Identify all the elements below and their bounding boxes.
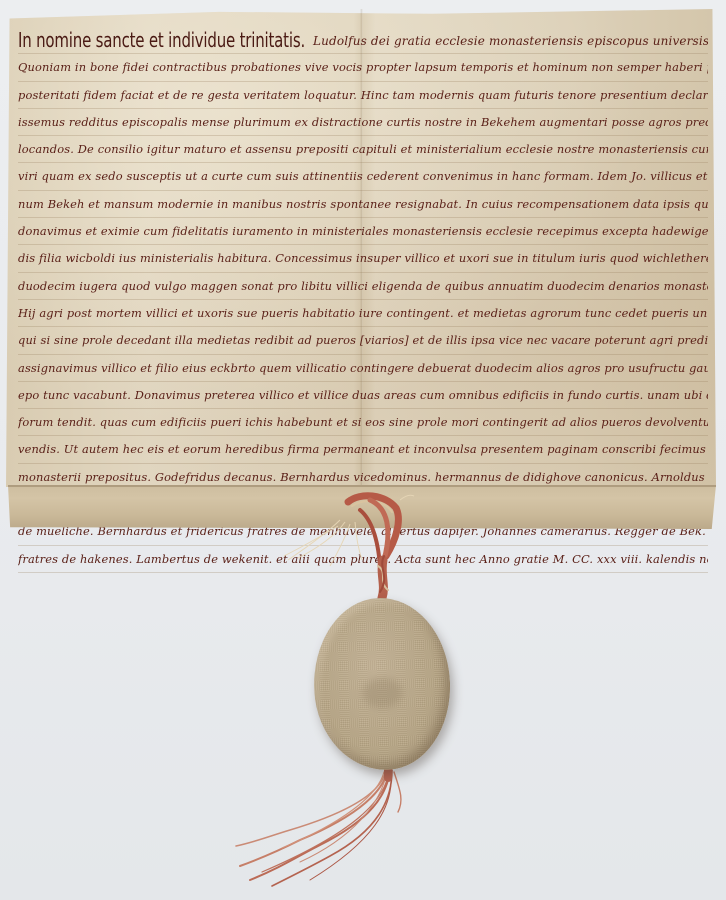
invocatio: In nomine sancte et individue trinitatis… bbox=[18, 27, 305, 54]
text-line-12: qui si sine prole decedant illa medietas… bbox=[18, 327, 708, 354]
text-line-10: duodecim iugera quod vulgo maggen sonat … bbox=[18, 273, 708, 300]
text-line-7: num Bekeh et mansum modernie in manibus … bbox=[18, 191, 708, 218]
text-line-9: dis filia wicboldi ius ministerialis hab… bbox=[18, 245, 708, 272]
plica-edge bbox=[8, 485, 716, 487]
charter: In nomine sancte et individue trinitatis… bbox=[6, 9, 716, 529]
text-line-11: Hij agri post mortem villici et uxoris s… bbox=[18, 300, 708, 327]
text-line-15: forum tendit. quas cum edificiis pueri i… bbox=[18, 409, 708, 436]
text-line-4: issemus redditus episcopalis mense pluri… bbox=[18, 109, 708, 136]
text-line-5: locandos. De consilio igitur maturo et a… bbox=[18, 136, 708, 163]
text-line-14: epo tunc vacabunt. Donavimus preterea vi… bbox=[18, 382, 708, 409]
pouch-stain bbox=[362, 677, 404, 709]
intitulatio: Ludolfus dei gratia ecclesie monasterien… bbox=[313, 34, 708, 48]
text-line-6: viri quam ex sedo susceptis ut a curte c… bbox=[18, 163, 708, 190]
plica-fold bbox=[8, 485, 716, 529]
text-line-3: posteritati fidem faciat et de re gesta … bbox=[18, 82, 708, 109]
text-line-1: In nomine sancte et individue trinitatis… bbox=[18, 27, 708, 54]
text-line-13: assignavimus villico et filio eius eckbr… bbox=[18, 355, 708, 382]
text-line-2: Quoniam in bone fidei contractibus proba… bbox=[18, 54, 708, 81]
text-line-16: vendis. Ut autem hec eis et eorum heredi… bbox=[18, 436, 708, 463]
text-line-20: fratres de hakenes. Lambertus de wekenit… bbox=[18, 546, 708, 573]
text-line-8: donavimus et eximie cum fidelitatis iura… bbox=[18, 218, 708, 245]
